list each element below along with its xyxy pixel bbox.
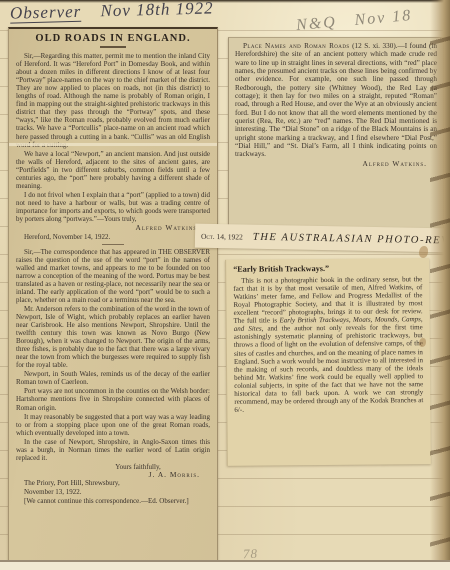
- letter2-paragraph: In the case of Newport, Shropshire, in A…: [16, 438, 210, 462]
- letter-divider: [102, 244, 124, 245]
- letter2-date: November 13, 1922.: [16, 488, 210, 496]
- letter2-paragraph: It may reasonably be suggested that a po…: [16, 413, 210, 437]
- annotation-top-left: Observer Nov 18th 1922: [10, 0, 214, 24]
- scrapbook-page: Observer Nov 18th 1922 N&Q Nov 18 OLD RO…: [0, 0, 450, 570]
- letter2-paragraph: Port ways are not uncommon in the counti…: [16, 387, 210, 411]
- letter1-paragraph: We have a local “Newport,” an ancient ma…: [16, 150, 210, 190]
- nq-paragraph: Place Names and Roman Roads (12 S. xi. 3…: [235, 42, 437, 159]
- letter2-signature: J. A. Morris.: [16, 471, 210, 480]
- review-body: This is not a photographic book in the o…: [233, 275, 423, 415]
- review-heading: “Early British Trackways.”: [233, 263, 422, 274]
- letter1-dateline: Hereford, November 14, 1922.: [16, 233, 210, 241]
- nq-body: I found (in Herefordshire) the site of a…: [235, 42, 437, 158]
- next-page-edge: [0, 560, 450, 570]
- clipping-old-roads-in-england: OLD ROADS IN ENGLAND. Sir,—Regarding thi…: [8, 27, 218, 563]
- annotation-source-observer: Observer: [10, 2, 82, 24]
- annotation-source-nq: N&Q: [295, 14, 337, 34]
- nq-reference: (12 S. xi. 330).—: [350, 42, 405, 50]
- page-rough-edge: [430, 0, 450, 570]
- clipping-photo-review-masthead: Oct. 14, 1922 THE AUSTRALASIAN PHOTO-REV…: [195, 224, 447, 253]
- masthead-title: THE AUSTRALASIAN PHOTO-REVIEW.: [253, 231, 450, 246]
- letter2-paragraph: Mr. Anderson refers to the combination o…: [16, 305, 210, 369]
- review-body-post: and the author not only reveals for the …: [234, 323, 424, 414]
- letter2-address: The Priory, Port Hill, Shrewsbury,: [16, 479, 210, 487]
- annotation-date: Nov 18th 1922: [100, 0, 214, 20]
- editor-note: [We cannot continue this correspondence.…: [16, 497, 210, 505]
- clipping-seam: [9, 143, 217, 146]
- nq-lead-in: Place Names and Roman Roads: [243, 42, 350, 50]
- masthead-date: Oct. 14, 1922: [201, 231, 243, 241]
- headline-rule: [100, 46, 126, 48]
- annotation-date: Nov 18: [354, 7, 413, 29]
- nq-signature: Alfred Watkins.: [235, 160, 437, 169]
- clipping-headline: OLD ROADS IN ENGLAND.: [16, 33, 210, 45]
- annotation-top-right: N&Q Nov 18: [295, 7, 413, 35]
- clipping-place-names-roman-roads: Place Names and Roman Roads (12 S. xi. 3…: [228, 37, 444, 235]
- letter2-paragraph: Sir,—The correspondence that has appeare…: [16, 248, 210, 304]
- letter1-paragraph: I do not frivol when I explain that a “p…: [16, 191, 210, 223]
- letter1-paragraph: Sir,—Regarding this matter, permit me to…: [16, 52, 210, 149]
- clipping-early-british-trackways-review: “Early British Trackways.” This is not a…: [225, 258, 431, 466]
- letter2-paragraph: Newport, in South Wales, reminds us of t…: [16, 370, 210, 386]
- letter1-signature: Alfred Watkins.: [16, 224, 210, 233]
